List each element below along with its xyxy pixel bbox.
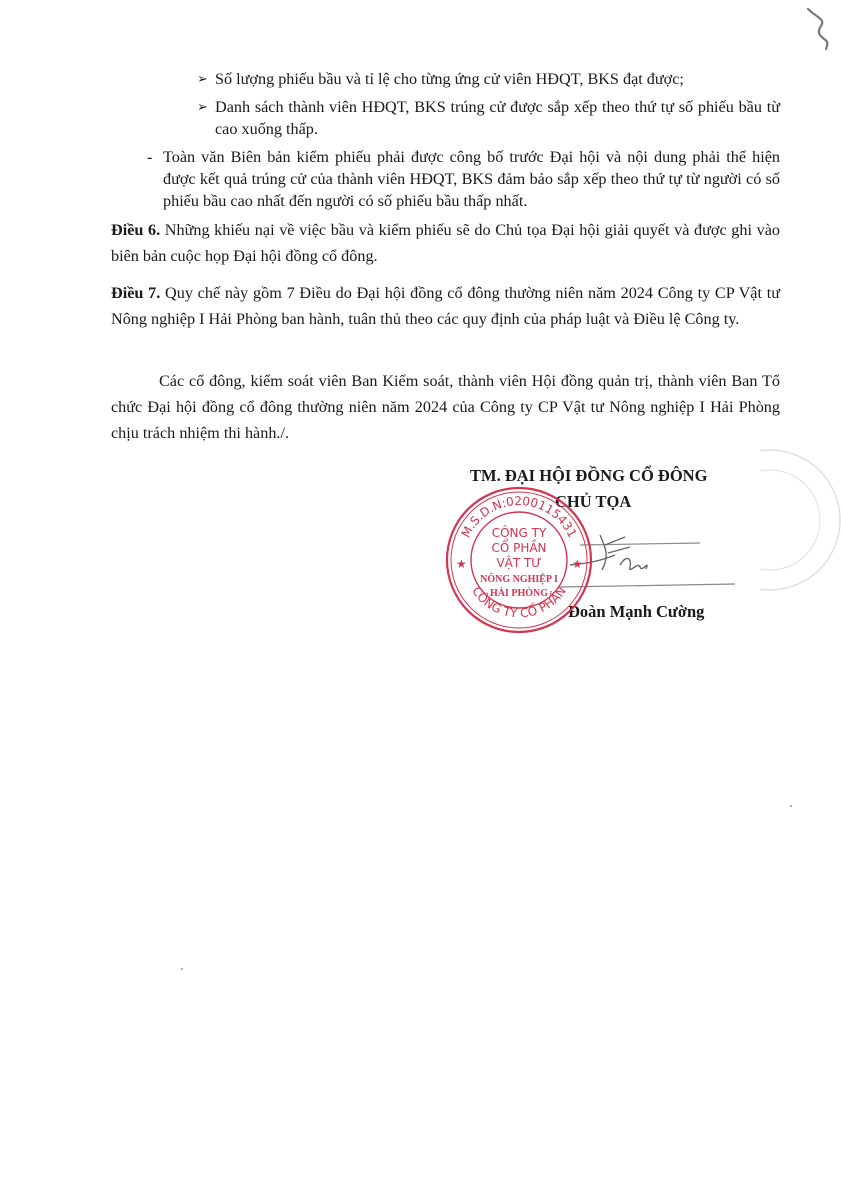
bullet-text: Số lượng phiếu bầu và tỉ lệ cho từng ứng… [215,68,780,90]
svg-text:CÔNG TY: CÔNG TY [492,525,547,540]
bullet-text: Danh sách thành viên HĐQT, BKS trúng cử … [215,96,780,140]
article-6: Điều 6. Những khiếu nại về việc bầu và k… [111,217,780,269]
arrow-bullet-icon: ➢ [197,96,208,118]
scan-speck [181,968,183,970]
article-7: Điều 7. Quy chế này gồm 7 Điều do Đại hộ… [111,280,780,332]
svg-text:VẬT TƯ: VẬT TƯ [496,555,541,570]
article-7-label: Điều 7. [111,284,160,302]
svg-text:CỔ PHẦN: CỔ PHẦN [491,539,546,555]
document-page: ➢ Số lượng phiếu bầu và tỉ lệ cho từng ứ… [0,0,841,1200]
closing-paragraph: Các cổ đông, kiểm soát viên Ban Kiểm soá… [111,368,780,446]
svg-text:★: ★ [456,557,467,571]
arrow-bullet-icon: ➢ [197,68,208,90]
article-6-text: Những khiếu nại về việc bầu và kiểm phiế… [111,221,780,265]
faded-seal-icon [760,445,841,595]
dash-text: Toàn văn Biên bản kiểm phiếu phải được c… [163,146,780,212]
signature-title: TM. ĐẠI HỘI ĐỒNG CỔ ĐÔNG [470,466,707,486]
company-seal-icon: M.S.D.N:0200115431 CÔNG TY CỔ PHẦN ★ ★ C… [444,485,594,635]
svg-text:★: ★ [572,557,583,571]
scan-mark-icon [800,5,840,55]
svg-text:HẢI PHÒNG: HẢI PHÒNG [490,587,548,599]
article-7-text: Quy chế này gồm 7 Điều do Đại hội đồng c… [111,284,780,328]
dash-bullet: - [147,146,152,168]
article-6-label: Điều 6. [111,221,160,239]
scan-speck [790,805,792,807]
bullet-item: ➢ Danh sách thành viên HĐQT, BKS trúng c… [197,96,780,140]
dash-item: - Toàn văn Biên bản kiểm phiếu phải được… [147,146,780,212]
svg-text:NÔNG NGHIỆP I: NÔNG NGHIỆP I [480,572,558,585]
bullet-item: ➢ Số lượng phiếu bầu và tỉ lệ cho từng ứ… [197,68,780,90]
